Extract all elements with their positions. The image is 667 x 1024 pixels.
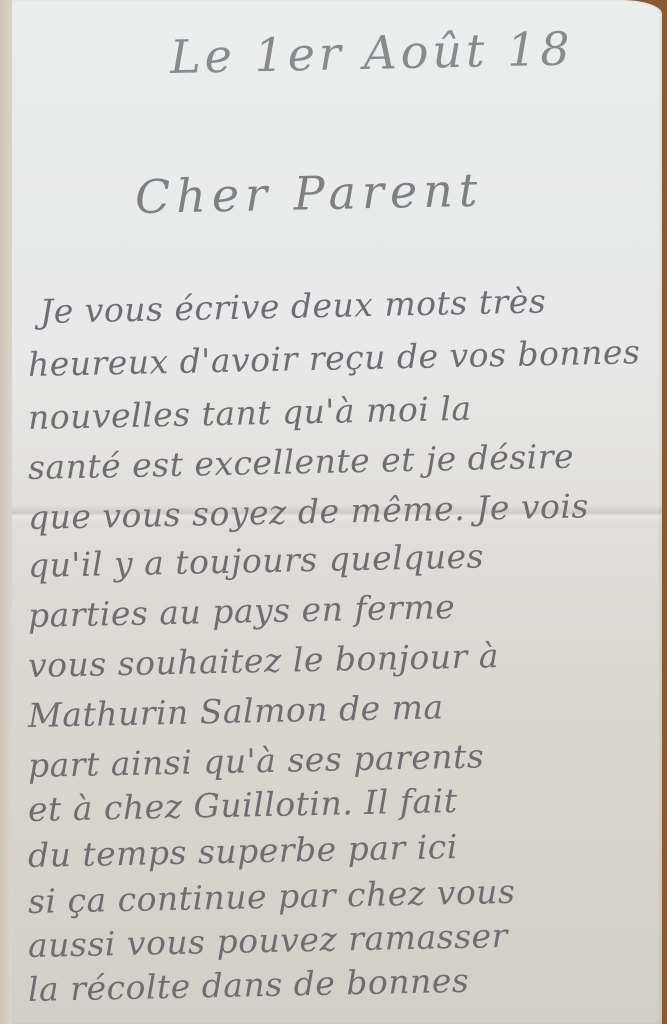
letter-date: Le 1er Août 18: [169, 22, 574, 84]
letter-salutation: Cher Parent: [134, 163, 483, 224]
